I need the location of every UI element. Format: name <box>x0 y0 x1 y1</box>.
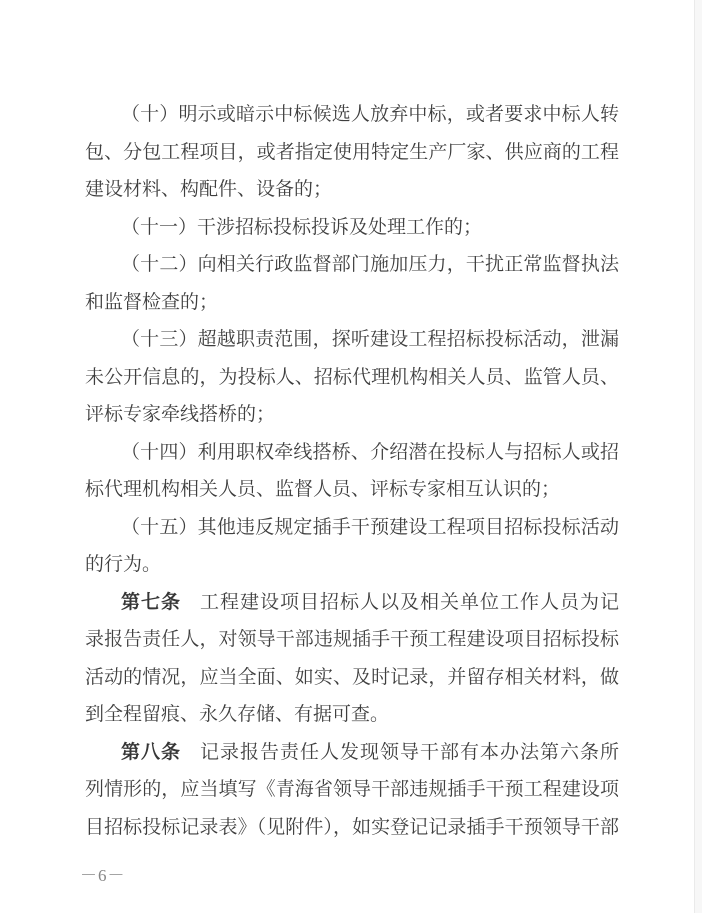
document-line: 未公开信息的，为投标人、招标代理机构相关人员、监管人员、 <box>85 359 619 397</box>
document-line-article-7: 第七条工程建设项目招标人以及相关单位工作人员为记 <box>85 584 619 622</box>
document-line: 到全程留痕、永久存储、有据可查。 <box>85 696 619 734</box>
document-line: （十）明示或暗示中标候选人放弃中标，或者要求中标人转 <box>85 96 619 134</box>
document-line: 和监督检查的； <box>85 284 619 322</box>
document-line: 列情形的，应当填写《青海省领导干部违规插手干预工程建设项 <box>85 771 619 809</box>
scanned-document-page: （十）明示或暗示中标候选人放弃中标，或者要求中标人转 包、分包工程项目，或者指定… <box>0 0 702 913</box>
document-line: 录报告责任人，对领导干部违规插手干预工程建设项目招标投标 <box>85 621 619 659</box>
document-line: 标代理机构相关人员、监督人员、评标专家相互认识的； <box>85 471 619 509</box>
document-line: （十四）利用职权牵线搭桥、介绍潜在投标人与招标人或招 <box>85 434 619 472</box>
page-number: －6－ <box>80 864 126 888</box>
document-line: （十五）其他违反规定插手干预建设工程项目招标投标活动 <box>85 509 619 547</box>
scan-edge-shade <box>695 0 702 913</box>
article-text: 工程建设项目招标人以及相关单位工作人员为记 <box>200 592 619 613</box>
document-line: 建设材料、构配件、设备的； <box>85 171 619 209</box>
document-line: （十一）干涉招标投标投诉及处理工作的； <box>85 209 619 247</box>
article-text: 记录报告责任人发现领导干部有本办法第六条所 <box>200 742 619 763</box>
document-line: 活动的情况，应当全面、如实、及时记录，并留存相关材料，做 <box>85 659 619 697</box>
document-line: （十三）超越职责范围，探听建设工程招标投标活动，泄漏 <box>85 321 619 359</box>
document-line: 目招标投标记录表》（见附件），如实登记记录插手干预领导干部 <box>85 809 619 847</box>
scan-edge-line <box>694 0 695 913</box>
document-body: （十）明示或暗示中标候选人放弃中标，或者要求中标人转 包、分包工程项目，或者指定… <box>85 96 619 846</box>
document-line: 评标专家牵线搭桥的； <box>85 396 619 434</box>
document-line: （十二）向相关行政监督部门施加压力，干扰正常监督执法 <box>85 246 619 284</box>
document-line-article-8: 第八条记录报告责任人发现领导干部有本办法第六条所 <box>85 734 619 772</box>
document-line: 包、分包工程项目，或者指定使用特定生产厂家、供应商的工程 <box>85 134 619 172</box>
article-number: 第七条 <box>121 592 181 613</box>
document-line: 的行为。 <box>85 546 619 584</box>
article-number: 第八条 <box>121 742 181 763</box>
